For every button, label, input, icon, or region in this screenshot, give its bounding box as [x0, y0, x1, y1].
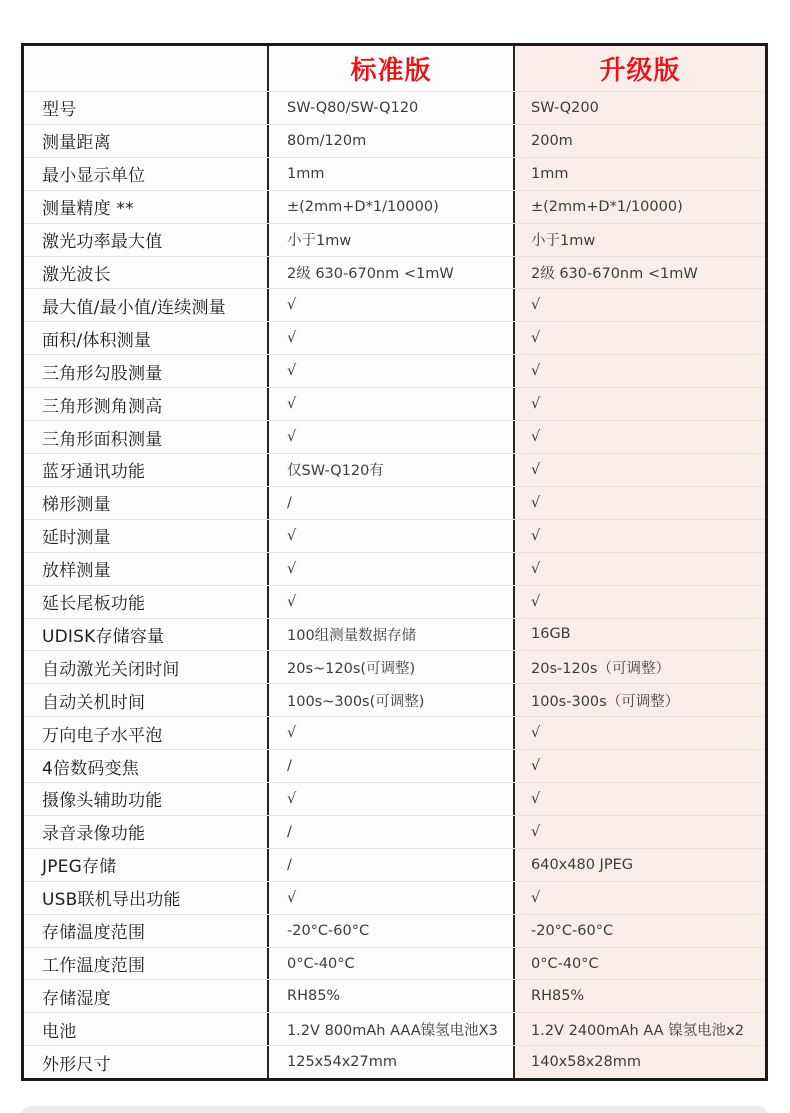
upgraded-value: 200m [531, 133, 573, 149]
upgraded-value: √ [531, 725, 540, 741]
spec-row: 摄像头辅助功能 √ √ [24, 783, 765, 816]
standard-value: / [287, 824, 292, 840]
spec-label: 放样测量 [42, 556, 111, 581]
spec-row: 测量精度 ** ±(2mm+D*1/10000) ±(2mm+D*1/10000… [24, 191, 765, 224]
spec-label-cell: 放样测量 [24, 553, 269, 585]
spec-row: 4倍数码变焦 / √ [24, 750, 765, 783]
upgraded-value-cell: 100s-300s（可调整） [515, 684, 765, 716]
upgraded-value: √ [531, 594, 540, 610]
spec-label-cell: 蓝牙通讯功能 [24, 454, 269, 486]
upgraded-value-cell: 小于1mw [515, 224, 765, 256]
spec-label-cell: 最小显示单位 [24, 158, 269, 190]
upgraded-value-cell: 140x58x28mm [515, 1046, 765, 1078]
standard-value: √ [287, 791, 296, 807]
standard-value-cell: 0°C-40°C [269, 948, 515, 980]
standard-value-cell: √ [269, 388, 515, 420]
upgraded-value: 20s-120s（可调整） [531, 657, 670, 678]
standard-value: 1.2V 800mAh AAA镍氢电池X3 [287, 1019, 498, 1040]
standard-value-cell: 20s~120s(可调整) [269, 651, 515, 683]
upgraded-value-cell: √ [515, 388, 765, 420]
spec-label-cell: 万向电子水平泡 [24, 717, 269, 749]
upgraded-value-cell: RH85% [515, 980, 765, 1012]
standard-value-cell: 1.2V 800mAh AAA镍氢电池X3 [269, 1013, 515, 1045]
standard-value-cell: 100组测量数据存储 [269, 619, 515, 651]
spec-label: 4倍数码变焦 [42, 754, 139, 779]
spec-row: 电池 1.2V 800mAh AAA镍氢电池X3 1.2V 2400mAh AA… [24, 1013, 765, 1046]
spec-label-cell: 延长尾板功能 [24, 586, 269, 618]
upgraded-value-cell: √ [515, 289, 765, 321]
standard-value: 125x54x27mm [287, 1054, 397, 1070]
header-label-cell [24, 46, 269, 91]
spec-row: UDISK存储容量 100组测量数据存储 16GB [24, 619, 765, 652]
upgraded-value: √ [531, 495, 540, 511]
spec-label: 最小显示单位 [42, 161, 145, 186]
upgraded-value: 640x480 JPEG [531, 857, 633, 873]
standard-value-cell: √ [269, 421, 515, 453]
standard-value: 小于1mw [287, 229, 351, 250]
upgraded-value: SW-Q200 [531, 100, 599, 116]
upgraded-value-cell: √ [515, 454, 765, 486]
table-header-row: 标准版 升级版 [24, 46, 765, 92]
spec-row: 三角形面积测量 √ √ [24, 421, 765, 454]
upgraded-value: √ [531, 791, 540, 807]
spec-row: 测量距离 80m/120m 200m [24, 125, 765, 158]
standard-value-cell: / [269, 750, 515, 782]
next-section-top-edge [21, 1106, 768, 1113]
spec-label-cell: 梯形测量 [24, 487, 269, 519]
spec-label: 最大值/最小值/连续测量 [42, 293, 226, 318]
spec-label: 存储温度范围 [42, 918, 145, 943]
standard-value-cell: √ [269, 783, 515, 815]
spec-label-cell: 工作温度范围 [24, 948, 269, 980]
upgraded-value: 1mm [531, 166, 568, 182]
spec-row: 激光波长 2级 630-670nm <1mW 2级 630-670nm <1mW [24, 257, 765, 290]
standard-value-cell: √ [269, 717, 515, 749]
standard-value: 0°C-40°C [287, 956, 355, 972]
upgraded-value-cell: 16GB [515, 619, 765, 651]
header-standard-cell: 标准版 [269, 46, 515, 91]
standard-value: √ [287, 594, 296, 610]
standard-value: √ [287, 725, 296, 741]
standard-value-cell: √ [269, 322, 515, 354]
spec-label: 测量距离 [42, 128, 111, 153]
header-upgraded-cell: 升级版 [515, 46, 765, 91]
standard-value-cell: / [269, 849, 515, 881]
spec-label: 蓝牙通讯功能 [42, 457, 145, 482]
upgraded-value: 1.2V 2400mAh AA 镍氢电池x2 [531, 1019, 744, 1040]
spec-label-cell: 三角形测角测高 [24, 388, 269, 420]
spec-row: 自动激光关闭时间 20s~120s(可调整) 20s-120s（可调整） [24, 651, 765, 684]
upgraded-value: 2级 630-670nm <1mW [531, 262, 698, 283]
spec-row: 存储温度范围 -20°C-60°C -20°C-60°C [24, 915, 765, 948]
spec-label-cell: 摄像头辅助功能 [24, 783, 269, 815]
standard-value: √ [287, 561, 296, 577]
spec-label-cell: 激光波长 [24, 257, 269, 289]
spec-row: 最小显示单位 1mm 1mm [24, 158, 765, 191]
spec-row: 存储湿度 RH85% RH85% [24, 980, 765, 1013]
standard-value: √ [287, 297, 296, 313]
spec-label-cell: 测量精度 ** [24, 191, 269, 223]
spec-row: 三角形勾股测量 √ √ [24, 355, 765, 388]
upgraded-value-cell: 2级 630-670nm <1mW [515, 257, 765, 289]
standard-value: / [287, 495, 292, 511]
spec-label-cell: 4倍数码变焦 [24, 750, 269, 782]
standard-value: 100组测量数据存储 [287, 624, 416, 645]
spec-label-cell: 自动关机时间 [24, 684, 269, 716]
upgraded-value-cell: ±(2mm+D*1/10000) [515, 191, 765, 223]
upgraded-value: 0°C-40°C [531, 956, 599, 972]
spec-label-cell: 激光功率最大值 [24, 224, 269, 256]
upgraded-value: √ [531, 758, 540, 774]
spec-label: 延时测量 [42, 523, 111, 548]
standard-value-cell: √ [269, 520, 515, 552]
spec-label-cell: 电池 [24, 1013, 269, 1045]
standard-value-cell: 125x54x27mm [269, 1046, 515, 1078]
upgraded-value-cell: √ [515, 553, 765, 585]
standard-value: 80m/120m [287, 133, 366, 149]
spec-label: 激光波长 [42, 260, 111, 285]
upgraded-value: √ [531, 330, 540, 346]
spec-label-cell: 面积/体积测量 [24, 322, 269, 354]
standard-value: SW-Q80/SW-Q120 [287, 100, 418, 116]
upgraded-value: √ [531, 396, 540, 412]
standard-value: 100s~300s(可调整) [287, 690, 424, 711]
upgraded-value: 16GB [531, 626, 571, 642]
standard-value: √ [287, 363, 296, 379]
spec-row: 最大值/最小值/连续测量 √ √ [24, 289, 765, 322]
upgraded-value-cell: √ [515, 520, 765, 552]
standard-value-cell: √ [269, 289, 515, 321]
spec-label: 延长尾板功能 [42, 589, 145, 614]
upgraded-value: √ [531, 462, 540, 478]
spec-label: 测量精度 ** [42, 194, 134, 219]
upgraded-value-cell: √ [515, 322, 765, 354]
upgraded-version-title: 升级版 [599, 50, 680, 87]
spec-label-cell: 自动激光关闭时间 [24, 651, 269, 683]
spec-label: USB联机导出功能 [42, 885, 181, 910]
standard-value: ±(2mm+D*1/10000) [287, 199, 439, 215]
standard-value: 2级 630-670nm <1mW [287, 262, 454, 283]
standard-value: √ [287, 528, 296, 544]
upgraded-value: ±(2mm+D*1/10000) [531, 199, 683, 215]
standard-value-cell: 80m/120m [269, 125, 515, 157]
standard-value-cell: ±(2mm+D*1/10000) [269, 191, 515, 223]
spec-label-cell: 录音录像功能 [24, 816, 269, 848]
spec-label-cell: 外形尺寸 [24, 1046, 269, 1078]
upgraded-value: √ [531, 429, 540, 445]
spec-label-cell: 三角形面积测量 [24, 421, 269, 453]
spec-row: 蓝牙通讯功能 仅SW-Q120有 √ [24, 454, 765, 487]
spec-row: 自动关机时间 100s~300s(可调整) 100s-300s（可调整） [24, 684, 765, 717]
standard-value: √ [287, 330, 296, 346]
upgraded-value: √ [531, 824, 540, 840]
spec-label: JPEG存储 [42, 852, 116, 877]
upgraded-value: √ [531, 561, 540, 577]
upgraded-value-cell: √ [515, 355, 765, 387]
standard-value: 仅SW-Q120有 [287, 459, 384, 480]
upgraded-value-cell: -20°C-60°C [515, 915, 765, 947]
upgraded-value-cell: √ [515, 750, 765, 782]
spec-row: USB联机导出功能 √ √ [24, 882, 765, 915]
standard-value: √ [287, 890, 296, 906]
spec-row: 录音录像功能 / √ [24, 816, 765, 849]
standard-value-cell: RH85% [269, 980, 515, 1012]
spec-label: 三角形测角测高 [42, 392, 162, 417]
spec-comparison-table: 标准版 升级版 型号 SW-Q80/SW-Q120 SW-Q200 测量距离 8… [21, 43, 768, 1081]
upgraded-value: √ [531, 363, 540, 379]
spec-label-cell: USB联机导出功能 [24, 882, 269, 914]
upgraded-value-cell: 1.2V 2400mAh AA 镍氢电池x2 [515, 1013, 765, 1045]
standard-value-cell: 1mm [269, 158, 515, 190]
spec-label: 工作温度范围 [42, 951, 145, 976]
upgraded-value-cell: 1mm [515, 158, 765, 190]
spec-label-cell: 最大值/最小值/连续测量 [24, 289, 269, 321]
standard-value-cell: SW-Q80/SW-Q120 [269, 92, 515, 124]
upgraded-value-cell: √ [515, 783, 765, 815]
upgraded-value-cell: √ [515, 816, 765, 848]
standard-version-title: 标准版 [350, 50, 431, 87]
spec-label: 面积/体积测量 [42, 326, 151, 351]
standard-value: 20s~120s(可调整) [287, 657, 415, 678]
spec-row: JPEG存储 / 640x480 JPEG [24, 849, 765, 882]
spec-label: UDISK存储容量 [42, 622, 164, 647]
spec-row: 工作温度范围 0°C-40°C 0°C-40°C [24, 948, 765, 981]
standard-value-cell: 小于1mw [269, 224, 515, 256]
spec-row: 面积/体积测量 √ √ [24, 322, 765, 355]
spec-row: 延时测量 √ √ [24, 520, 765, 553]
upgraded-value: 100s-300s（可调整） [531, 690, 679, 711]
spec-label-cell: UDISK存储容量 [24, 619, 269, 651]
standard-value-cell: 仅SW-Q120有 [269, 454, 515, 486]
standard-value-cell: / [269, 487, 515, 519]
spec-row: 延长尾板功能 √ √ [24, 586, 765, 619]
upgraded-value-cell: √ [515, 586, 765, 618]
upgraded-value: √ [531, 297, 540, 313]
spec-label: 自动激光关闭时间 [42, 655, 180, 680]
standard-value: / [287, 758, 292, 774]
standard-value-cell: √ [269, 553, 515, 585]
upgraded-value: 140x58x28mm [531, 1054, 641, 1070]
spec-label: 型号 [42, 95, 76, 120]
upgraded-value: -20°C-60°C [531, 923, 613, 939]
spec-row: 梯形测量 / √ [24, 487, 765, 520]
standard-value-cell: / [269, 816, 515, 848]
upgraded-value-cell: √ [515, 421, 765, 453]
upgraded-value-cell: SW-Q200 [515, 92, 765, 124]
upgraded-value: 小于1mw [531, 229, 595, 250]
spec-label-cell: JPEG存储 [24, 849, 269, 881]
spec-label-cell: 测量距离 [24, 125, 269, 157]
spec-label-cell: 存储湿度 [24, 980, 269, 1012]
spec-label-cell: 型号 [24, 92, 269, 124]
spec-row: 激光功率最大值 小于1mw 小于1mw [24, 224, 765, 257]
standard-value-cell: √ [269, 586, 515, 618]
spec-label: 电池 [42, 1017, 76, 1042]
spec-row: 放样测量 √ √ [24, 553, 765, 586]
upgraded-value: √ [531, 890, 540, 906]
spec-label: 激光功率最大值 [42, 227, 162, 252]
spec-label-cell: 延时测量 [24, 520, 269, 552]
upgraded-value-cell: 0°C-40°C [515, 948, 765, 980]
spec-label: 摄像头辅助功能 [42, 786, 162, 811]
spec-label: 外形尺寸 [42, 1050, 111, 1075]
standard-value: √ [287, 429, 296, 445]
spec-row: 外形尺寸 125x54x27mm 140x58x28mm [24, 1046, 765, 1078]
spec-label: 三角形勾股测量 [42, 359, 162, 384]
standard-value: / [287, 857, 292, 873]
spec-label-cell: 三角形勾股测量 [24, 355, 269, 387]
standard-value-cell: 100s~300s(可调整) [269, 684, 515, 716]
standard-value: -20°C-60°C [287, 923, 369, 939]
upgraded-value: RH85% [531, 988, 584, 1004]
spec-label-cell: 存储温度范围 [24, 915, 269, 947]
spec-label: 自动关机时间 [42, 688, 145, 713]
upgraded-value-cell: 200m [515, 125, 765, 157]
standard-value-cell: √ [269, 355, 515, 387]
upgraded-value-cell: 640x480 JPEG [515, 849, 765, 881]
standard-value: 1mm [287, 166, 324, 182]
upgraded-value-cell: √ [515, 487, 765, 519]
spec-label: 存储湿度 [42, 984, 111, 1009]
standard-value-cell: -20°C-60°C [269, 915, 515, 947]
spec-row: 三角形测角测高 √ √ [24, 388, 765, 421]
spec-label: 万向电子水平泡 [42, 721, 162, 746]
upgraded-value: √ [531, 528, 540, 544]
upgraded-value-cell: √ [515, 882, 765, 914]
spec-label: 梯形测量 [42, 490, 111, 515]
spec-row: 万向电子水平泡 √ √ [24, 717, 765, 750]
standard-value-cell: √ [269, 882, 515, 914]
standard-value-cell: 2级 630-670nm <1mW [269, 257, 515, 289]
spec-row: 型号 SW-Q80/SW-Q120 SW-Q200 [24, 92, 765, 125]
standard-value: RH85% [287, 988, 340, 1004]
spec-label: 录音录像功能 [42, 819, 145, 844]
upgraded-value-cell: √ [515, 717, 765, 749]
upgraded-value-cell: 20s-120s（可调整） [515, 651, 765, 683]
spec-label: 三角形面积测量 [42, 425, 162, 450]
standard-value: √ [287, 396, 296, 412]
